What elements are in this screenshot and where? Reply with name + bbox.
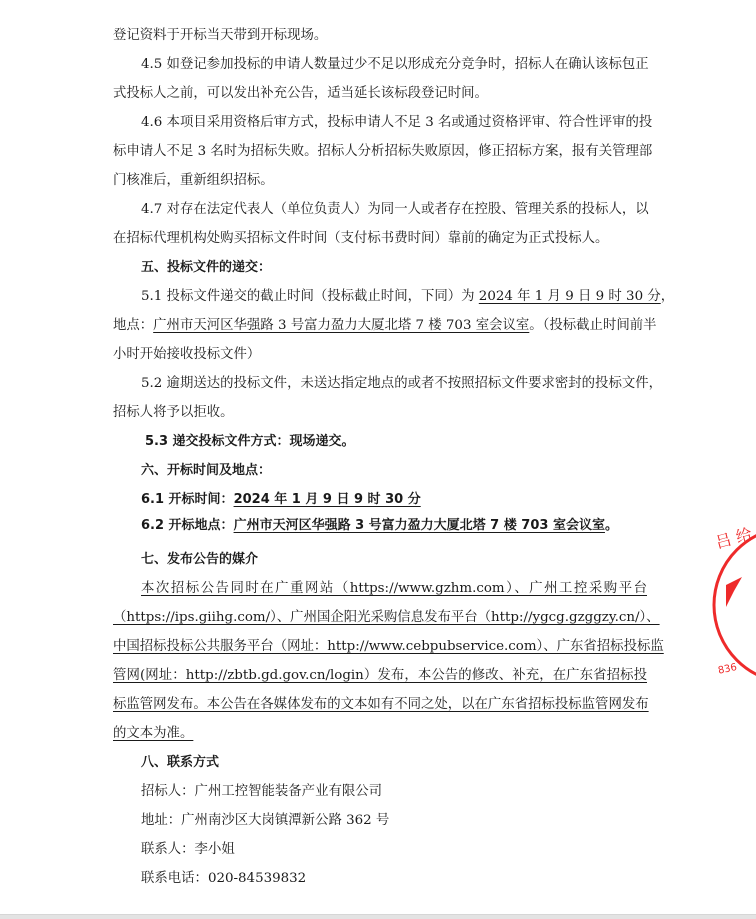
page-bottom-edge — [0, 914, 756, 919]
clause-6-2-end: 。 — [605, 518, 618, 533]
text-line: 登记资料于开标当天带到开标现场。 — [113, 27, 327, 45]
media-line-2: （https://ips.giihg.com/）、广州国企阳光采购信息发布平台（… — [113, 609, 647, 627]
clause-5-1-comma: ， — [661, 289, 674, 304]
media-line-1: 本次招标公告同时在广重网站（https://www.gzhm.com）、广州工控… — [141, 580, 647, 598]
clause-6-2: 6.2 开标地点：广州市天河区华强路 3 号富力盈力大厦北塔 7 楼 703 室… — [141, 517, 618, 535]
media-line-5: 标监管网发布。本公告在各媒体发布的文本如有不同之处，以在广东省招标投标监管网发布 — [113, 696, 647, 714]
media-line-6: 的文本为准。 — [113, 725, 193, 743]
section-5-heading: 五、投标文件的递交： — [141, 259, 271, 277]
clause-5-1-line-3: 小时开始接收投标文件） — [113, 346, 260, 364]
stamp-text-top: 吕 给 — [713, 524, 754, 552]
deadline-datetime: 2024 年 1 月 9 日 9 时 30 分 — [479, 289, 661, 304]
clause-5-1-line-1: 5.1 投标文件递交的截止时间（投标截止时间，下同）为 2024 年 1 月 9… — [141, 288, 674, 306]
media-line-4: 管网(网址：http://zbtb.gd.gov.cn/login）发布，本公告… — [113, 667, 647, 685]
contact-address: 地址：广州南沙区大岗镇潭新公路 362 号 — [141, 812, 389, 830]
clause-4-7-line-1: 4.7 对存在法定代表人（单位负责人）为同一人或者存在控股、管理关系的投标人，以 — [141, 201, 647, 219]
media-line-3: 中国招标投标公共服务平台（网址：http://www.cebpubservice… — [113, 638, 647, 656]
clause-4-7-line-2: 在招标代理机构处购买招标文件时间（支付标书费时间）靠前的确定为正式投标人。 — [113, 230, 608, 248]
document-page: 登记资料于开标当天带到开标现场。 4.5 如登记参加投标的申请人数量过少不足以形… — [0, 0, 756, 914]
clause-4-5-line-2: 式投标人之前，可以发出补充公告，适当延长该标段登记时间。 — [113, 85, 488, 103]
contact-tenderer: 招标人：广州工控智能装备产业有限公司 — [141, 783, 382, 801]
section-7-heading: 七、发布公告的媒介 — [141, 551, 258, 569]
opening-location-label: 6.2 开标地点： — [141, 518, 234, 533]
opening-time-value: 2024 年 1 月 9 日 9 时 30 分 — [234, 492, 421, 507]
clause-5-3: 5.3 递交投标文件方式：现场递交。 — [145, 433, 355, 451]
opening-location-value: 广州市天河区华强路 3 号富力盈力大厦北塔 7 楼 703 室会议室 — [234, 518, 605, 533]
contact-phone: 联系电话：020-84539832 — [141, 870, 306, 888]
clause-5-1-prefix: 5.1 投标文件递交的截止时间（投标截止时间，下同）为 — [141, 289, 479, 304]
clause-5-2-line-1: 5.2 逾期送达的投标文件，未送达指定地点的或者不按照招标文件要求密封的投标文件… — [141, 375, 647, 393]
red-seal-stamp-icon: 吕 给 836 — [712, 515, 756, 695]
section-8-heading: 八、联系方式 — [141, 754, 219, 772]
submission-location: 广州市天河区华强路 3 号富力盈力大厦北塔 7 楼 703 室会议室 — [153, 318, 529, 333]
clause-6-1: 6.1 开标时间：2024 年 1 月 9 日 9 时 30 分 — [141, 491, 421, 509]
clause-4-6-line-2: 标申请人不足 3 名时为招标失败。招标人分析招标失败原因，修正招标方案，报有关管… — [113, 143, 647, 161]
clause-5-2-line-2: 招标人将予以拒收。 — [113, 404, 234, 422]
clause-4-5-line-1: 4.5 如登记参加投标的申请人数量过少不足以形成充分竞争时，招标人在确认该标包正 — [141, 56, 647, 74]
stamp-text-bottom: 836 — [717, 662, 738, 677]
clause-4-6-line-3: 门核准后，重新组织招标。 — [113, 172, 274, 190]
section-6-heading: 六、开标时间及地点： — [141, 462, 271, 480]
location-label: 地点： — [113, 318, 153, 333]
contact-person: 联系人：李小姐 — [141, 841, 235, 859]
clause-5-1-note: 。（投标截止时间前半 — [529, 318, 656, 333]
clause-5-1-line-2: 地点：广州市天河区华强路 3 号富力盈力大厦北塔 7 楼 703 室会议室。（投… — [113, 317, 657, 335]
opening-time-label: 6.1 开标时间： — [141, 492, 234, 507]
clause-4-6-line-1: 4.6 本项目采用资格后审方式，投标申请人不足 3 名或通过资格评审、符合性评审… — [141, 114, 647, 132]
